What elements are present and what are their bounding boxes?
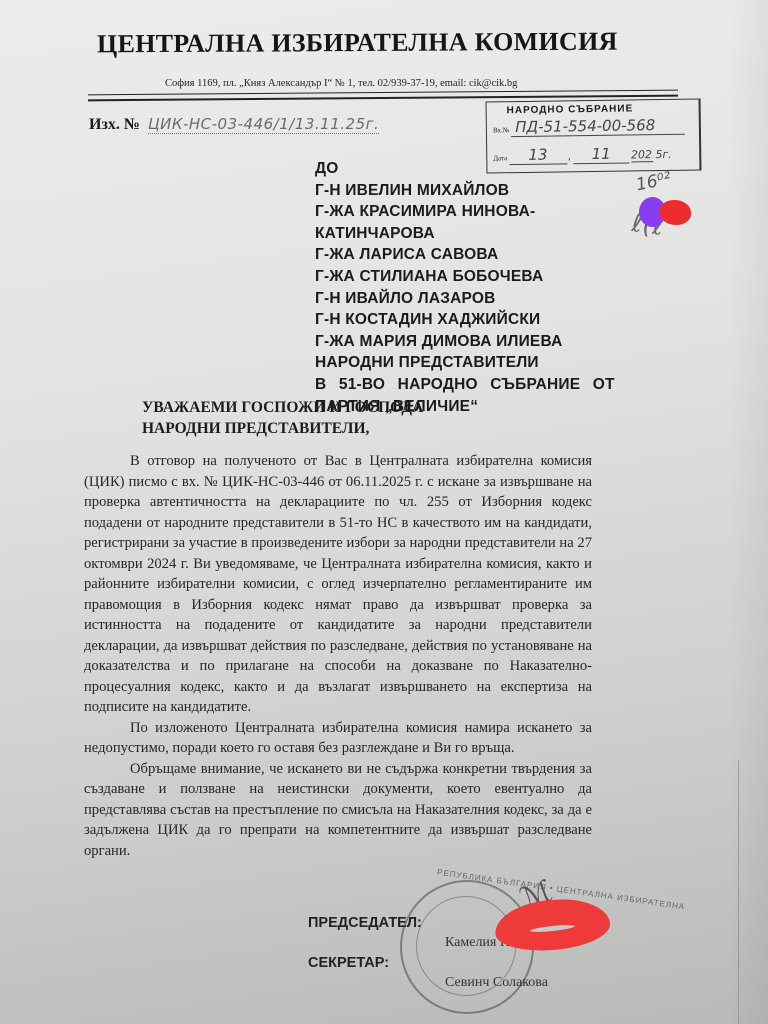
- stamp-number-row: Вх.№ ПД-51-554-00-568: [493, 116, 686, 138]
- page-edge-shadow: [728, 0, 768, 1024]
- organization-address: София 1169, пл. „Княз Александър I“ № 1,…: [165, 78, 517, 89]
- recipient-to: ДО: [315, 158, 615, 180]
- paper-fold-line: [738, 760, 739, 1024]
- outgoing-number-value: ЦИК-НС-03-446/1/13.11.25г.: [148, 115, 379, 134]
- recipient-block: ДО Г-Н ИВЕЛИН МИХАЙЛОВ Г-ЖА КРАСИМИРА НИ…: [315, 158, 615, 417]
- stamp-number-value: ПД-51-554-00-568: [511, 116, 685, 137]
- body-paragraph: По изложеното Централната избирателна ко…: [84, 718, 592, 759]
- recipient-role: НАРОДНИ ПРЕДСТАВИТЕЛИ: [315, 352, 615, 374]
- salutation-line-2: НАРОДНИ ПРЕДСТАВИТЕЛИ,: [142, 418, 423, 439]
- recipient-name: Г-Н ИВЕЛИН МИХАЙЛОВ: [315, 180, 615, 202]
- chair-label: ПРЕДСЕДАТЕЛ:: [308, 915, 422, 931]
- organization-title: ЦЕНТРАЛНА ИЗБИРАТЕЛНА КОМИСИЯ: [97, 27, 617, 60]
- outgoing-number: Изх. № ЦИК-НС-03-446/1/13.11.25г.: [89, 115, 379, 134]
- recipient-name: Г-ЖА СТИЛИАНА БОБОЧЕВА: [315, 266, 615, 288]
- salutation: УВАЖАЕМИ ГОСПОЖИ И ГОСПОДА НАРОДНИ ПРЕДС…: [142, 397, 423, 439]
- letter-body: В отговор на полученото от Вас в Централ…: [84, 451, 592, 861]
- body-paragraph: В отговор на полученото от Вас в Централ…: [84, 451, 592, 718]
- body-paragraph: Обръщаме внимание, че искането ви не съд…: [84, 759, 592, 862]
- recipient-name: Г-ЖА КРАСИМИРА НИНОВА-: [315, 201, 615, 223]
- stamp-title: НАРОДНО СЪБРАНИЕ: [507, 103, 634, 116]
- recipient-name: Г-ЖА ЛАРИСА САВОВА: [315, 244, 615, 266]
- handwritten-margin-note: 16⁰²: [634, 169, 673, 196]
- secretary-name: Севинч Солакова: [445, 975, 548, 991]
- stamp-date-year: 202 5г.: [631, 148, 653, 162]
- recipient-name: КАТИНЧАРОВА: [315, 223, 615, 245]
- recipient-assembly: В 51-ВО НАРОДНО СЪБРАНИЕ ОТ: [315, 374, 615, 396]
- recipient-name: Г-Н КОСТАДИН ХАДЖИЙСКИ: [315, 309, 615, 331]
- recipient-name: Г-ЖА МАРИЯ ДИМОВА ИЛИЕВА: [315, 331, 615, 353]
- stamp-number-label: Вх.№: [493, 126, 510, 134]
- secretary-label: СЕКРЕТАР:: [308, 955, 389, 971]
- red-redaction-blot: [659, 200, 691, 225]
- outgoing-number-label: Изх. №: [89, 116, 140, 133]
- recipient-name: Г-Н ИВАЙЛО ЛАЗАРОВ: [315, 288, 615, 310]
- salutation-line-1: УВАЖАЕМИ ГОСПОЖИ И ГОСПОДА: [142, 397, 423, 418]
